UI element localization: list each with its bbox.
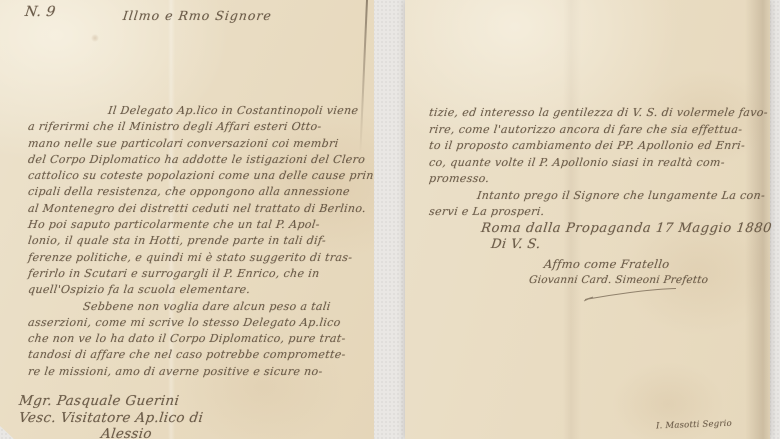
scan-viewer: N. 9 Illmo e Rmo Signore Il Delegato Ap.… (0, 0, 780, 439)
address-block: Mgr. Pasquale Guerini Vesc. Visitatore A… (18, 393, 202, 439)
handwritten-line: promesso. (428, 171, 765, 188)
handwritten-line: co, quante volte il P. Apollonio siasi i… (428, 155, 765, 172)
handwritten-line: Sebbene non voglia dare alcun peso a tal… (27, 299, 374, 315)
handwritten-line: lonio, il quale sta in Hotti, prende par… (27, 233, 374, 249)
handwritten-line: servi e La prosperi. (428, 204, 765, 221)
handwritten-line: rire, come l'autorizzo ancora di fare ch… (428, 122, 765, 139)
handwritten-line: Ho poi saputo particolarmente che un tal… (27, 217, 374, 233)
handwritten-line: re le missioni, amo di averne positive e… (27, 364, 374, 380)
address-line: Alessio (18, 426, 204, 439)
handwritten-line: Il Delegato Ap.lico in Costantinopoli vi… (27, 103, 374, 119)
address-line: Mgr. Pasquale Guerini (18, 393, 204, 410)
page-number: N. 9 (24, 4, 57, 20)
handwritten-line: al Montenegro dei distretti ceduti nel t… (27, 201, 374, 217)
address-line: Vesc. Visitatore Ap.lico di (18, 410, 204, 427)
handwritten-line: che non ve lo ha dato il Corpo Diplomati… (27, 331, 374, 347)
handwritten-line: Intanto prego il Signore che lungamente … (428, 188, 765, 205)
left-body-text: Il Delegato Ap.lico in Costantinopoli vi… (27, 103, 372, 380)
dateline: Roma dalla Propaganda 17 Maggio 1880 (428, 221, 765, 238)
handwritten-line: a riferirmi che il Ministro degli Affari… (27, 119, 374, 135)
handwritten-line: asserzioni, come mi scrive lo stesso Del… (27, 315, 374, 331)
closing-line: Affmo come Fratello (428, 256, 765, 273)
handwritten-line: mano nelle sue particolari conversazioni… (27, 136, 374, 152)
handwritten-line: cattolico su coteste popolazioni come un… (27, 168, 374, 184)
handwritten-line: del Corpo Diplomatico ha addotte le isti… (27, 152, 374, 168)
valediction: Di V. S. (428, 237, 765, 254)
right-body-text: tizie, ed interesso la gentilezza di V. … (428, 105, 763, 289)
signature-flourish (580, 284, 680, 306)
handwritten-line: ferirlo in Scutari e surrogargli il P. E… (27, 266, 374, 282)
salutation: Illmo e Rmo Signore (122, 8, 273, 23)
handwritten-line: tizie, ed interesso la gentilezza di V. … (428, 105, 765, 122)
handwritten-line: to il proposto cambiamento dei PP. Apoll… (428, 138, 765, 155)
handwritten-line: tandosi di affare che nel caso potrebbe … (27, 347, 374, 363)
letter-page-left: N. 9 Illmo e Rmo Signore Il Delegato Ap.… (0, 0, 374, 439)
handwritten-line: quell'Ospizio fa la scuola elementare. (27, 282, 374, 298)
handwritten-line: cipali della resistenza, che oppongono a… (27, 184, 374, 200)
handwritten-line: ferenze politiche, e quindi mi è stato s… (27, 250, 374, 266)
